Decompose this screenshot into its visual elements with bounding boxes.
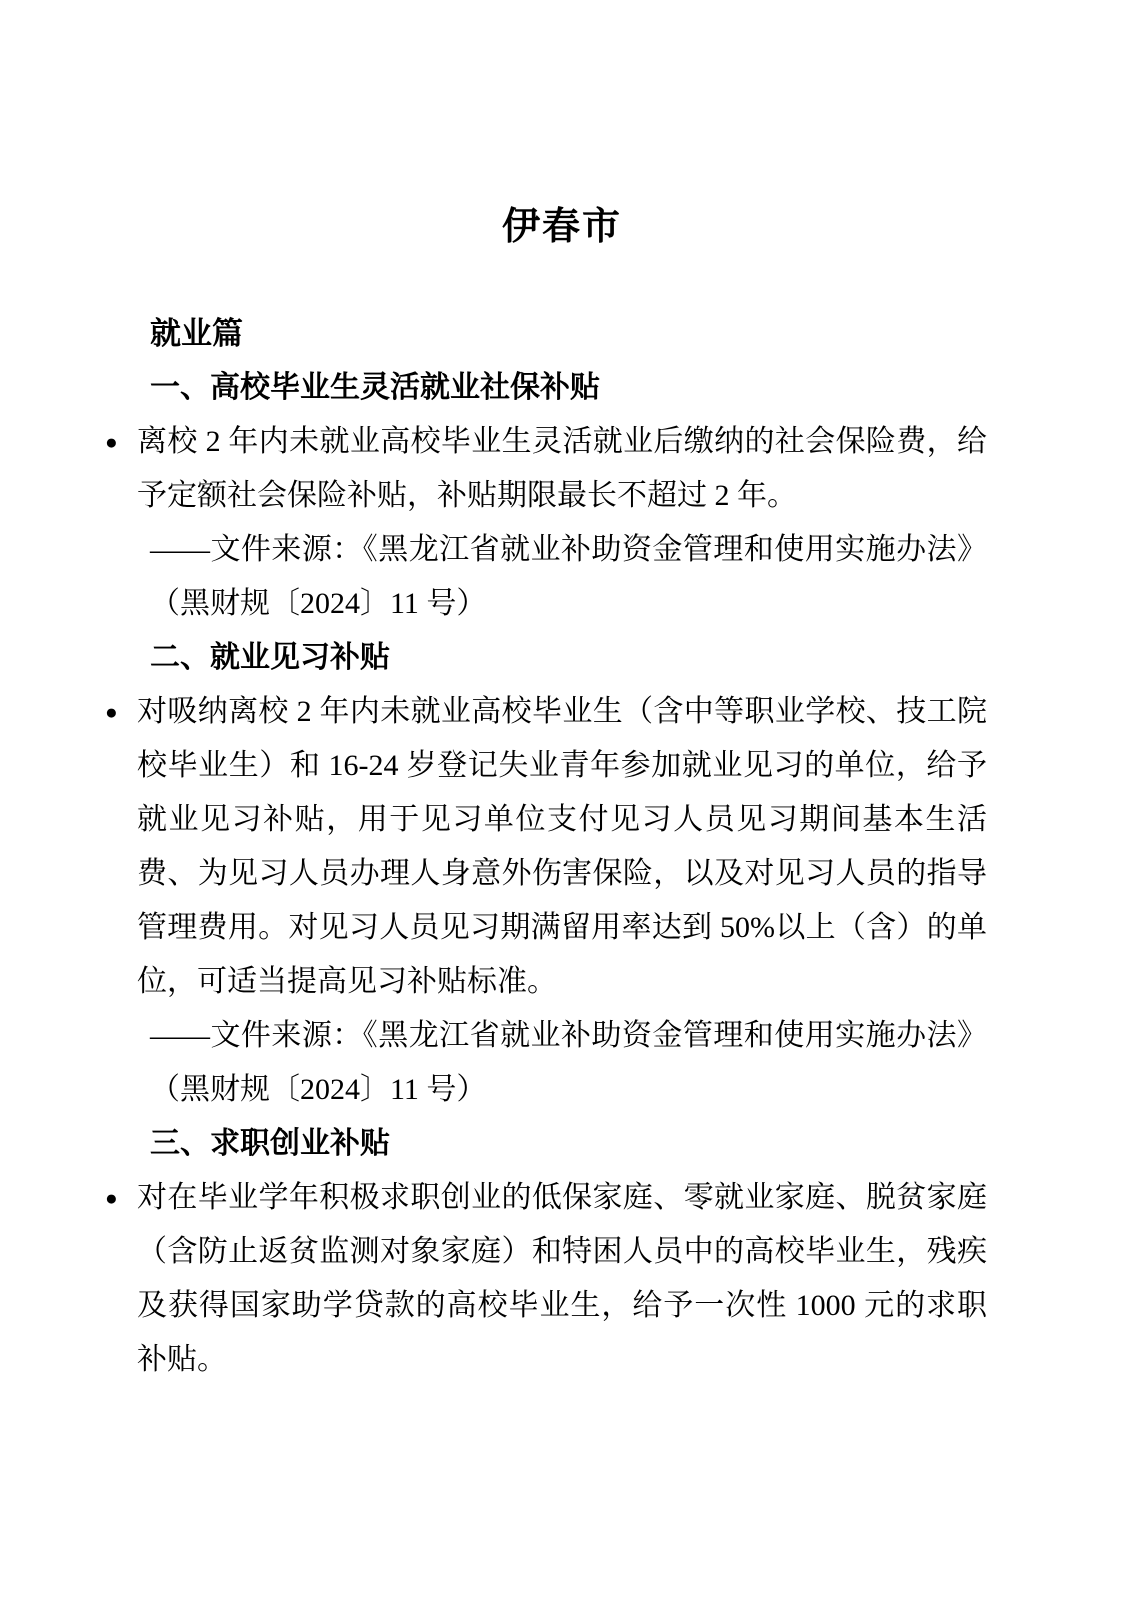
item-heading-2: 二、就业见习补贴 — [137, 631, 987, 685]
item-heading-1: 一、高校毕业生灵活就业社保补贴 — [137, 361, 987, 415]
bullet-icon: ● — [105, 685, 137, 739]
document-page: 伊春市 就业篇 一、高校毕业生灵活就业社保补贴 ● 离校 2 年内未就业高校毕业… — [0, 0, 1131, 1600]
bullet-text: 离校 2 年内未就业高校毕业生灵活就业后缴纳的社会保险费，给予定额社会保险补贴，… — [137, 415, 987, 523]
list-item: ● 对在毕业学年积极求职创业的低保家庭、零就业家庭、脱贫家庭（含防止返贫监测对象… — [137, 1171, 987, 1387]
bullet-icon: ● — [105, 415, 137, 469]
source-reference: ——文件来源：《黑龙江省就业补助资金管理和使用实施办法》（黑财规〔2024〕11… — [137, 1009, 987, 1117]
bullet-text: 对吸纳离校 2 年内未就业高校毕业生（含中等职业学校、技工院校毕业生）和 16-… — [137, 685, 987, 1009]
bullet-text: 对在毕业学年积极求职创业的低保家庭、零就业家庭、脱贫家庭（含防止返贫监测对象家庭… — [137, 1171, 987, 1387]
page-title: 伊春市 — [137, 200, 987, 255]
section-2: 二、就业见习补贴 ● 对吸纳离校 2 年内未就业高校毕业生（含中等职业学校、技工… — [137, 631, 987, 1117]
list-item: ● 离校 2 年内未就业高校毕业生灵活就业后缴纳的社会保险费，给予定额社会保险补… — [137, 415, 987, 631]
item-heading-3: 三、求职创业补贴 — [137, 1117, 987, 1171]
list-item: ● 对吸纳离校 2 年内未就业高校毕业生（含中等职业学校、技工院校毕业生）和 1… — [137, 685, 987, 1117]
source-reference: ——文件来源：《黑龙江省就业补助资金管理和使用实施办法》（黑财规〔2024〕11… — [137, 523, 987, 631]
section-title: 就业篇 — [137, 307, 987, 361]
bullet-icon: ● — [105, 1171, 137, 1225]
section-3: 三、求职创业补贴 ● 对在毕业学年积极求职创业的低保家庭、零就业家庭、脱贫家庭（… — [137, 1117, 987, 1387]
section-1: 一、高校毕业生灵活就业社保补贴 ● 离校 2 年内未就业高校毕业生灵活就业后缴纳… — [137, 361, 987, 631]
